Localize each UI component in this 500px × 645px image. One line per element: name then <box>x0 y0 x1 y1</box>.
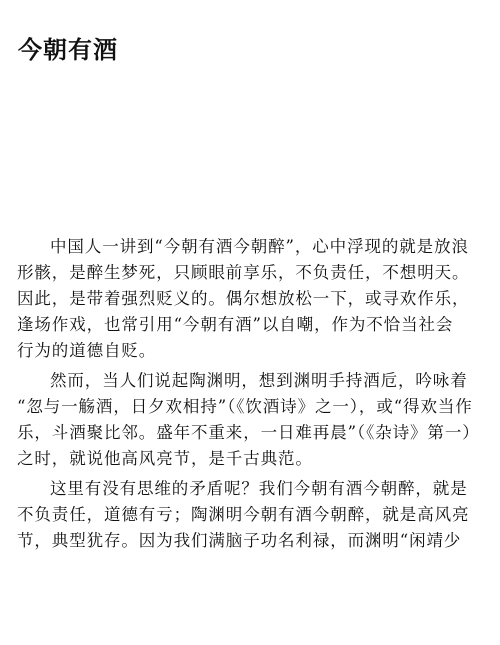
text-line: “忽与一觞酒，日夕欢相持”（《饮酒诗》之一），或“得欢当作 <box>17 394 479 420</box>
text-line: 形骸，是醉生梦死，只顾眼前享乐，不负责任，不想明天。 <box>17 260 479 286</box>
page-title: 今朝有酒 <box>18 30 118 65</box>
text-line: 行为的道德自贬。 <box>17 338 479 364</box>
text-line: 然而，当人们说起陶渊明，想到渊明手持酒卮，吟咏着 <box>17 368 479 394</box>
text-line: 乐，斗酒聚比邻。盛年不重来，一日难再晨”（《杂诗》第一） <box>17 420 479 446</box>
paragraph-3: 这里有没有思维的矛盾呢？我们今朝有酒今朝醉，就是 不负责任，道德有亏；陶渊明今朝… <box>17 476 479 554</box>
paragraph-2: 然而，当人们说起陶渊明，想到渊明手持酒卮，吟咏着 “忽与一觞酒，日夕欢相持”（《… <box>17 368 479 472</box>
paragraph-1: 中国人一讲到“今朝有酒今朝醉”，心中浮现的就是放浪 形骸，是醉生梦死，只顾眼前享… <box>17 234 479 364</box>
text-line: 逢场作戏，也常引用“今朝有酒”以自嘲，作为不恰当社会 <box>17 312 479 338</box>
text-line: 节，典型犹存。因为我们满脑子功名利禄，而渊明“闲靖少 <box>17 528 479 554</box>
text-line: 因此，是带着强烈贬义的。偶尔想放松一下，或寻欢作乐， <box>17 286 479 312</box>
text-line: 之时，就说他高风亮节，是千古典范。 <box>17 446 479 472</box>
text-line: 中国人一讲到“今朝有酒今朝醉”，心中浮现的就是放浪 <box>17 234 479 260</box>
text-line: 不负责任，道德有亏；陶渊明今朝有酒今朝醉，就是高风亮 <box>17 502 479 528</box>
text-line: 这里有没有思维的矛盾呢？我们今朝有酒今朝醉，就是 <box>17 476 479 502</box>
body-text: 中国人一讲到“今朝有酒今朝醉”，心中浮现的就是放浪 形骸，是醉生梦死，只顾眼前享… <box>17 234 479 554</box>
